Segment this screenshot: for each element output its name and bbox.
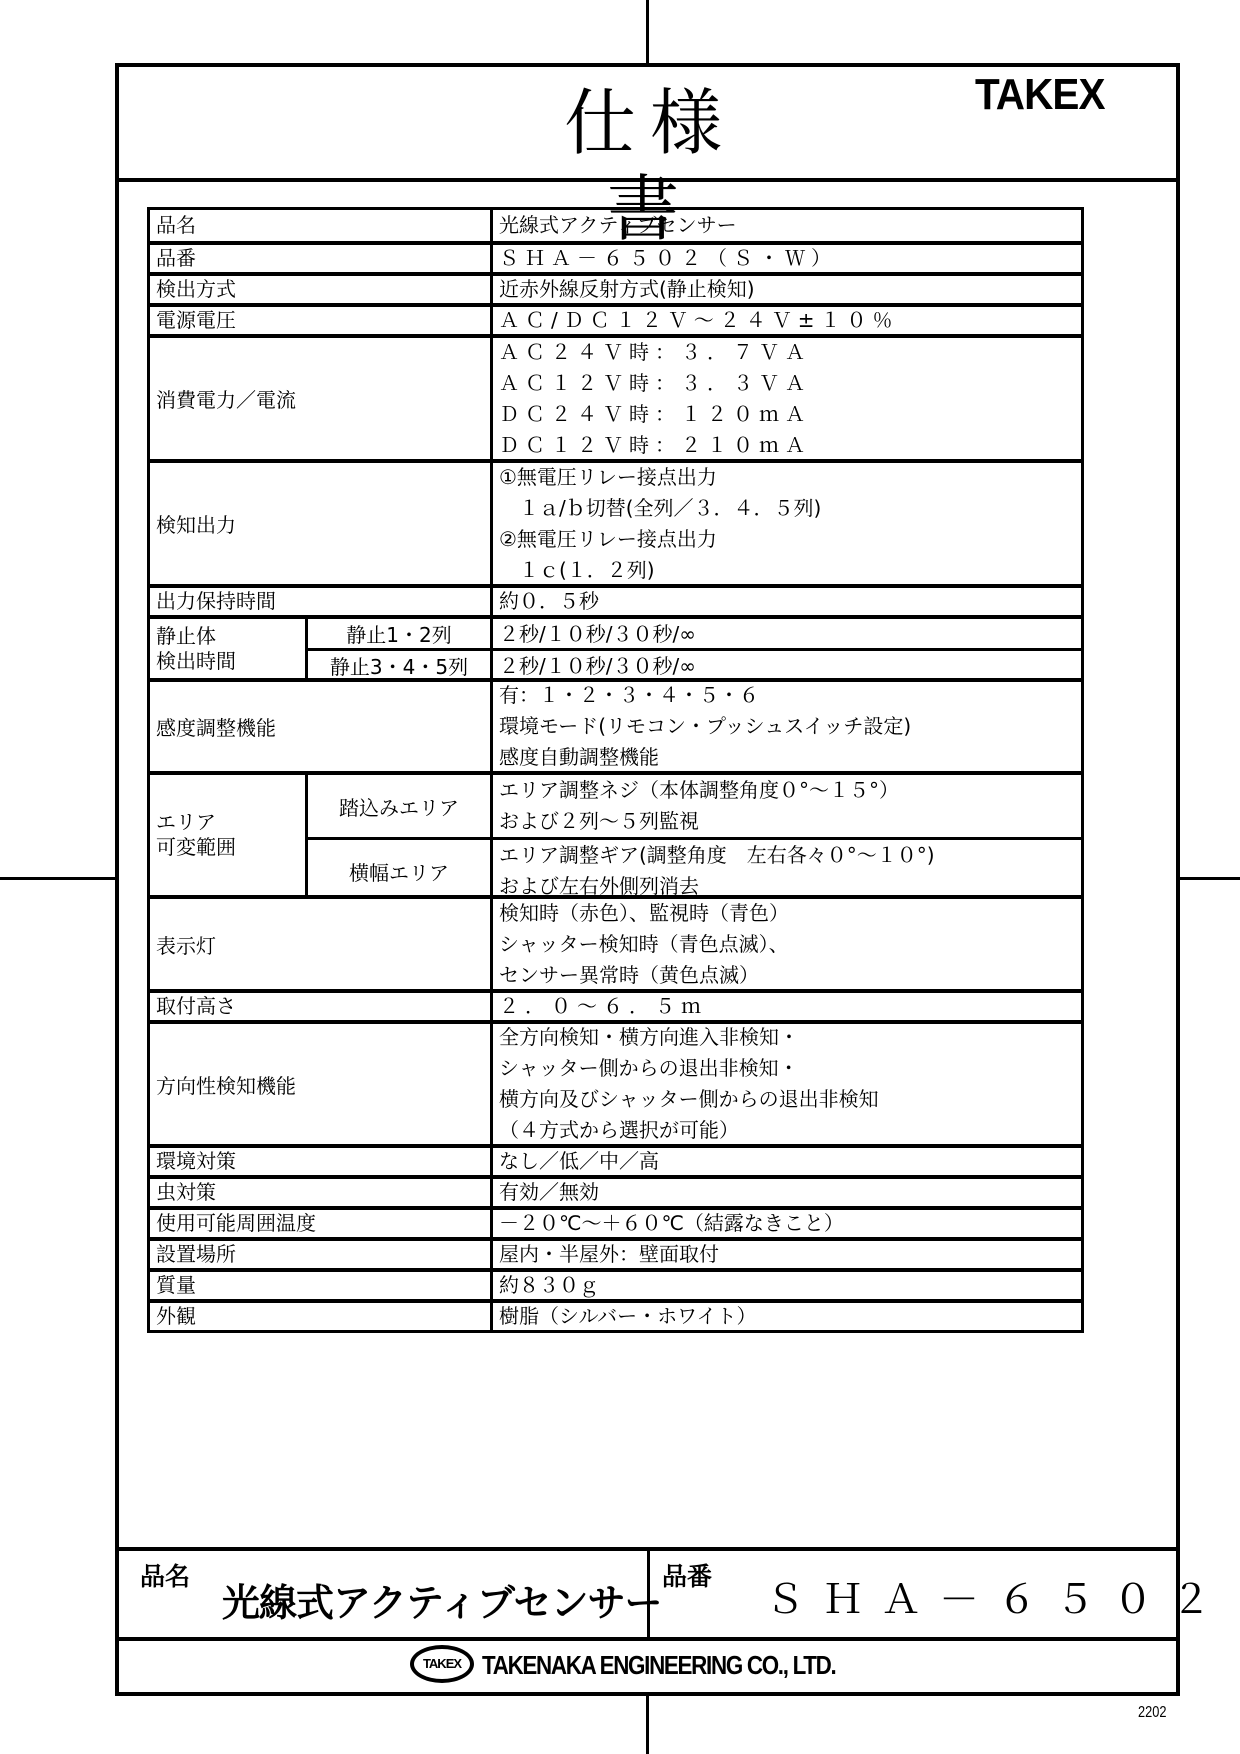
row-label: 消費電力／電流: [150, 338, 493, 459]
table-row-weight: 質量 約８３０ｇ: [150, 1268, 1081, 1299]
footer-product-name: 光線式アクティブセンサー: [222, 1572, 661, 1627]
row-label: 質量: [150, 1272, 493, 1299]
sub-rows: 踏込みエリア エリア調整ネジ（本体調整角度０°～１５°） および２列～５列監視 …: [308, 775, 1081, 895]
row-value: なし／低／中／高: [493, 1148, 1081, 1175]
row-value: －２０℃～＋６０℃（結露なきこと）: [493, 1210, 1081, 1237]
row-label: 静止体 検出時間: [150, 619, 308, 678]
table-row-environment-measures: 環境対策 なし／低／中／高: [150, 1144, 1081, 1175]
page-title: 仕様書: [525, 80, 775, 166]
sub-row-label: 静止3・4・5列: [308, 651, 493, 680]
row-label: 品名: [150, 210, 493, 241]
row-value: 全方向検知・横方向進入非検知・ シャッター側からの退出非検知・ 横方向及びシャッ…: [493, 1024, 1081, 1144]
sub-row-label: 横幅エリア: [308, 840, 493, 902]
row-label: 外観: [150, 1303, 493, 1330]
row-label: 環境対策: [150, 1148, 493, 1175]
takex-logo-icon: TAKEX: [410, 1645, 474, 1683]
sub-row-value: ２秒/１０秒/３０秒/∞: [493, 651, 1081, 680]
row-value: 光線式アクティブセンサー: [493, 210, 1081, 241]
row-value: 有効／無効: [493, 1179, 1081, 1206]
table-row-mounting-height: 取付高さ ２．０～６．５ｍ: [150, 989, 1081, 1020]
sub-row-value: エリア調整ネジ（本体調整角度０°～１５°） および２列～５列監視: [493, 775, 1081, 837]
row-value: ＳＨＡ－６５０２（Ｓ・Ｗ）: [493, 245, 1081, 272]
table-row-model-number: 品番 ＳＨＡ－６５０２（Ｓ・Ｗ）: [150, 241, 1081, 272]
row-value: ＡＣ２４Ｖ時：３．７ＶＡ ＡＣ１２Ｖ時：３．３ＶＡ ＤＣ２４Ｖ時：１２０ｍＡ Ｄ…: [493, 338, 1081, 459]
footer-code-label: 品番: [662, 1557, 712, 1593]
spec-table: 品名 光線式アクティブセンサー 品番 ＳＨＡ－６５０２（Ｓ・Ｗ） 検出方式 近赤…: [147, 207, 1084, 1333]
row-label: エリア 可変範囲: [150, 775, 308, 895]
row-label: 検出方式: [150, 276, 493, 303]
footer-name-label: 品名: [140, 1557, 190, 1593]
table-row-sensitivity-adjustment: 感度調整機能 有：１・２・３・４・５・６ 環境モード(リモコン・プッシュスイッチ…: [150, 678, 1081, 771]
table-row-supply-voltage: 電源電圧 ＡＣ/ＤＣ１２Ｖ～２４Ｖ±１０％: [150, 303, 1081, 334]
footer-product-code: ＳＨＡ－６５０２: [765, 1568, 1229, 1625]
company-name: TAKENAKA ENGINEERING CO., LTD.: [482, 1650, 835, 1681]
crop-mark-bottom: [646, 1695, 649, 1754]
sub-row-step-in-area: 踏込みエリア エリア調整ネジ（本体調整角度０°～１５°） および２列～５列監視: [308, 775, 1081, 837]
row-label: 表示灯: [150, 899, 493, 989]
sub-row-width-area: 横幅エリア エリア調整ギア(調整角度 左右各々０°～１０°) および左右外側列消…: [308, 837, 1081, 902]
table-row-area-range: エリア 可変範囲 踏込みエリア エリア調整ネジ（本体調整角度０°～１５°） およ…: [150, 771, 1081, 895]
row-value: 屋内・半屋外：壁面取付: [493, 1241, 1081, 1268]
row-value: ①無電圧リレー接点出力 １ａ/ｂ切替(全列／３．４．５列) ②無電圧リレー接点出…: [493, 463, 1081, 584]
sub-row-static-3-4-5: 静止3・4・5列 ２秒/１０秒/３０秒/∞: [308, 648, 1081, 680]
table-row-installation-location: 設置場所 屋内・半屋外：壁面取付: [150, 1237, 1081, 1268]
table-row-operating-temperature: 使用可能周囲温度 －２０℃～＋６０℃（結露なきこと）: [150, 1206, 1081, 1237]
row-value: 約８３０ｇ: [493, 1272, 1081, 1299]
sub-row-static-1-2: 静止1・2列 ２秒/１０秒/３０秒/∞: [308, 619, 1081, 648]
row-value: 約０．５秒: [493, 588, 1081, 615]
document-code: 2202: [1138, 1704, 1166, 1722]
table-row-output-hold-time: 出力保持時間 約０．５秒: [150, 584, 1081, 615]
table-row-directional-detection: 方向性検知機能 全方向検知・横方向進入非検知・ シャッター側からの退出非検知・ …: [150, 1020, 1081, 1144]
brand-logo: TAKEX: [975, 74, 1150, 116]
table-row-appearance: 外観 樹脂（シルバー・ホワイト）: [150, 1299, 1081, 1330]
row-label: 検知出力: [150, 463, 493, 584]
table-row-static-detection-time: 静止体 検出時間 静止1・2列 ２秒/１０秒/３０秒/∞ 静止3・4・5列 ２秒…: [150, 615, 1081, 678]
row-label: 感度調整機能: [150, 682, 493, 771]
row-label: 使用可能周囲温度: [150, 1210, 493, 1237]
crop-mark-top: [646, 0, 649, 64]
row-label: 設置場所: [150, 1241, 493, 1268]
row-value: 有：１・２・３・４・５・６ 環境モード(リモコン・プッシュスイッチ設定) 感度自…: [493, 682, 1081, 771]
row-value: 樹脂（シルバー・ホワイト）: [493, 1303, 1081, 1330]
row-value: 検知時（赤色）、監視時（青色） シャッター検知時（青色点滅）、 センサー異常時（…: [493, 899, 1081, 989]
sub-row-value: ２秒/１０秒/３０秒/∞: [493, 619, 1081, 648]
row-value: ＡＣ/ＤＣ１２Ｖ～２４Ｖ±１０％: [493, 307, 1081, 334]
crop-mark-left: [0, 877, 116, 880]
row-label: 品番: [150, 245, 493, 272]
table-row-detection-method: 検出方式 近赤外線反射方式(静止検知): [150, 272, 1081, 303]
row-label: 電源電圧: [150, 307, 493, 334]
table-row-indicator-light: 表示灯 検知時（赤色）、監視時（青色） シャッター検知時（青色点滅）、 センサー…: [150, 895, 1081, 989]
sub-rows: 静止1・2列 ２秒/１０秒/３０秒/∞ 静止3・4・5列 ２秒/１０秒/３０秒/…: [308, 619, 1081, 678]
sub-row-value: エリア調整ギア(調整角度 左右各々０°～１０°) および左右外側列消去: [493, 840, 1081, 902]
row-label: 方向性検知機能: [150, 1024, 493, 1144]
row-label: 取付高さ: [150, 993, 493, 1020]
table-row-insect-measures: 虫対策 有効／無効: [150, 1175, 1081, 1206]
table-row-detection-output: 検知出力 ①無電圧リレー接点出力 １ａ/ｂ切替(全列／３．４．５列) ②無電圧リ…: [150, 459, 1081, 584]
sub-row-label: 静止1・2列: [308, 619, 493, 648]
row-value: ２．０～６．５ｍ: [493, 993, 1081, 1020]
row-label: 出力保持時間: [150, 588, 493, 615]
table-row-product-name: 品名 光線式アクティブセンサー: [150, 210, 1081, 241]
row-label: 虫対策: [150, 1179, 493, 1206]
crop-mark-right: [1179, 877, 1240, 880]
row-value: 近赤外線反射方式(静止検知): [493, 276, 1081, 303]
table-row-power-consumption: 消費電力／電流 ＡＣ２４Ｖ時：３．７ＶＡ ＡＣ１２Ｖ時：３．３ＶＡ ＤＣ２４Ｖ時…: [150, 334, 1081, 459]
sub-row-label: 踏込みエリア: [308, 775, 493, 837]
